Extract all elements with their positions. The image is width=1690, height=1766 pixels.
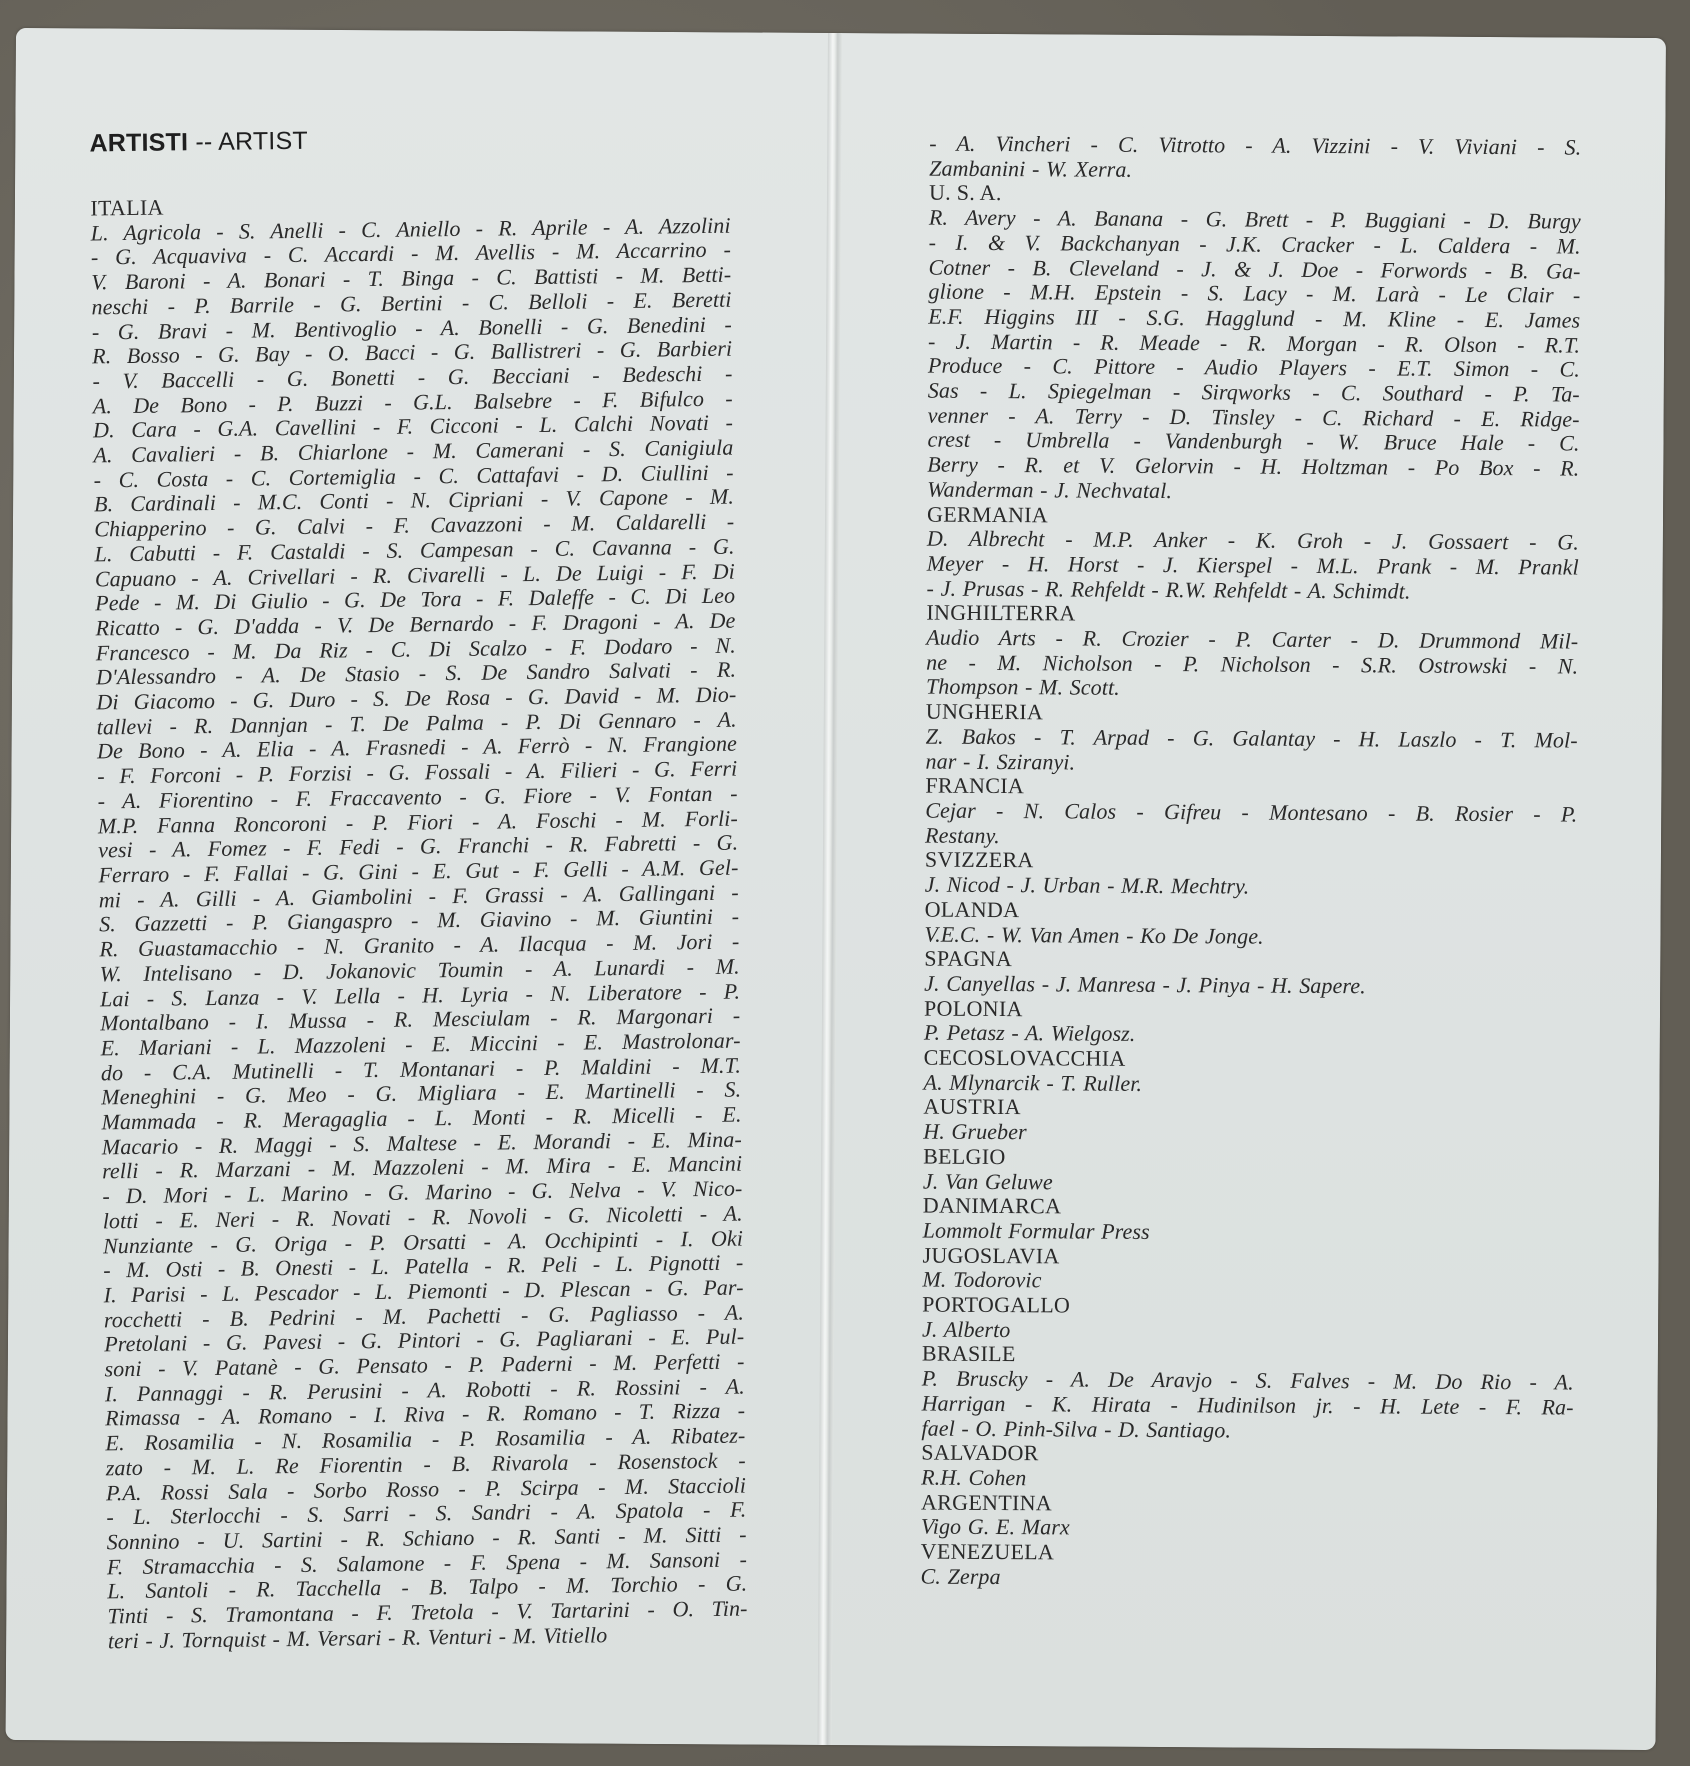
country-section: BRASILEP. Bruscky - A. De Aravjo - S. Fa… bbox=[921, 1342, 1574, 1445]
artist-line: teri - J. Tornquist - M. Versari - R. Ve… bbox=[108, 1621, 748, 1654]
country-section: INGHILTERRAAudio Arts - R. Crozier - P. … bbox=[926, 601, 1579, 704]
title-english: ARTIST bbox=[218, 127, 308, 156]
country-section: VENEZUELAC. Zerpa bbox=[920, 1540, 1572, 1593]
country-section: U. S. A.R. Avery - A. Banana - G. Brett … bbox=[927, 181, 1581, 506]
folded-leaflet: ARTISTI -- ARTIST ITALIAL. Agricola - S.… bbox=[6, 28, 1666, 1750]
artist-names: R. Avery - A. Banana - G. Brett - P. Bug… bbox=[927, 206, 1581, 506]
artist-names: - A. Vincheri - C. Vitrotto - A. Vizzini… bbox=[929, 132, 1581, 185]
country-heading: VENEZUELA bbox=[921, 1540, 1573, 1569]
country-section: DANIMARCALommolt Formular Press bbox=[923, 1194, 1575, 1247]
artist-line: V.E.C. - W. Van Amen - Ko De Jonge. bbox=[924, 922, 1576, 951]
country-section: ARGENTINAVigo G. E. Marx bbox=[921, 1490, 1573, 1543]
left-page: ARTISTI -- ARTIST ITALIAL. Agricola - S.… bbox=[89, 121, 748, 1654]
country-section: SALVADORR.H. Cohen bbox=[921, 1441, 1573, 1494]
country-section: GERMANIAD. Albrecht - M.P. Anker - K. Gr… bbox=[927, 502, 1580, 605]
right-country-sections: - A. Vincheri - C. Vitrotto - A. Vizzini… bbox=[920, 132, 1581, 1593]
country-section: AUSTRIAH. Grueber bbox=[923, 1095, 1575, 1148]
country-section: POLONIAP. Petasz - A. Wielgosz. bbox=[924, 996, 1576, 1049]
country-section: CECOSLOVACCHIAA. Mlynarcik - T. Ruller. bbox=[923, 1046, 1575, 1099]
country-section: SVIZZERAJ. Nicod - J. Urban - M.R. Mecht… bbox=[925, 848, 1577, 901]
page-title: ARTISTI -- ARTIST bbox=[89, 121, 729, 159]
country-section: OLANDAV.E.C. - W. Van Amen - Ko De Jonge… bbox=[924, 897, 1576, 950]
left-country-sections: ITALIAL. Agricola - S. Anelli - C. Aniel… bbox=[90, 189, 748, 1654]
country-section: - A. Vincheri - C. Vitrotto - A. Vizzini… bbox=[929, 132, 1581, 185]
artist-line: J. Nicod - J. Urban - M.R. Mechtry. bbox=[925, 873, 1577, 902]
artist-names: D. Albrecht - M.P. Anker - K. Groh - J. … bbox=[927, 527, 1579, 605]
artist-line: A. Mlynarcik - T. Ruller. bbox=[923, 1070, 1575, 1099]
country-section: PORTOGALLOJ. Alberto bbox=[922, 1293, 1574, 1346]
artist-line: H. Grueber bbox=[923, 1120, 1575, 1149]
artist-names: L. Agricola - S. Anelli - C. Aniello - R… bbox=[91, 213, 748, 1653]
country-section: FRANCIACejar - N. Calos - Gifreu - Monte… bbox=[925, 774, 1577, 852]
country-section: ITALIAL. Agricola - S. Anelli - C. Aniel… bbox=[90, 189, 748, 1654]
artist-names: Cejar - N. Calos - Gifreu - Montesano - … bbox=[925, 799, 1577, 852]
country-heading: PORTOGALLO bbox=[922, 1293, 1574, 1322]
country-section: SPAGNAJ. Canyellas - J. Manresa - J. Pin… bbox=[924, 947, 1576, 1000]
country-section: BELGIOJ. Van Geluwe bbox=[923, 1144, 1575, 1197]
right-page: - A. Vincheri - C. Vitrotto - A. Vizzini… bbox=[920, 132, 1581, 1593]
artist-names: J. Nicod - J. Urban - M.R. Mechtry. bbox=[925, 873, 1577, 902]
country-section: JUGOSLAVIAM. Todorovic bbox=[922, 1243, 1574, 1296]
center-fold bbox=[818, 33, 842, 1745]
artist-line: C. Zerpa bbox=[920, 1564, 1572, 1593]
artist-names: Z. Bakos - T. Arpad - G. Galantay - H. L… bbox=[925, 724, 1577, 777]
artist-names: H. Grueber bbox=[923, 1120, 1575, 1149]
country-section: UNGHERIAZ. Bakos - T. Arpad - G. Galanta… bbox=[925, 700, 1577, 778]
artist-names: V.E.C. - W. Van Amen - Ko De Jonge. bbox=[924, 922, 1576, 951]
artist-names: P. Bruscky - A. De Aravjo - S. Falves - … bbox=[921, 1367, 1573, 1445]
artist-names: A. Mlynarcik - T. Ruller. bbox=[923, 1070, 1575, 1099]
title-italian: ARTISTI bbox=[89, 128, 188, 157]
artist-names: C. Zerpa bbox=[920, 1564, 1572, 1593]
artist-line: Zambanini - W. Xerra. bbox=[929, 156, 1581, 185]
artist-names: Audio Arts - R. Crozier - P. Carter - D.… bbox=[926, 626, 1578, 704]
artist-line: Cejar - N. Calos - Gifreu - Montesano - … bbox=[925, 799, 1577, 828]
title-separator: -- bbox=[195, 128, 212, 156]
